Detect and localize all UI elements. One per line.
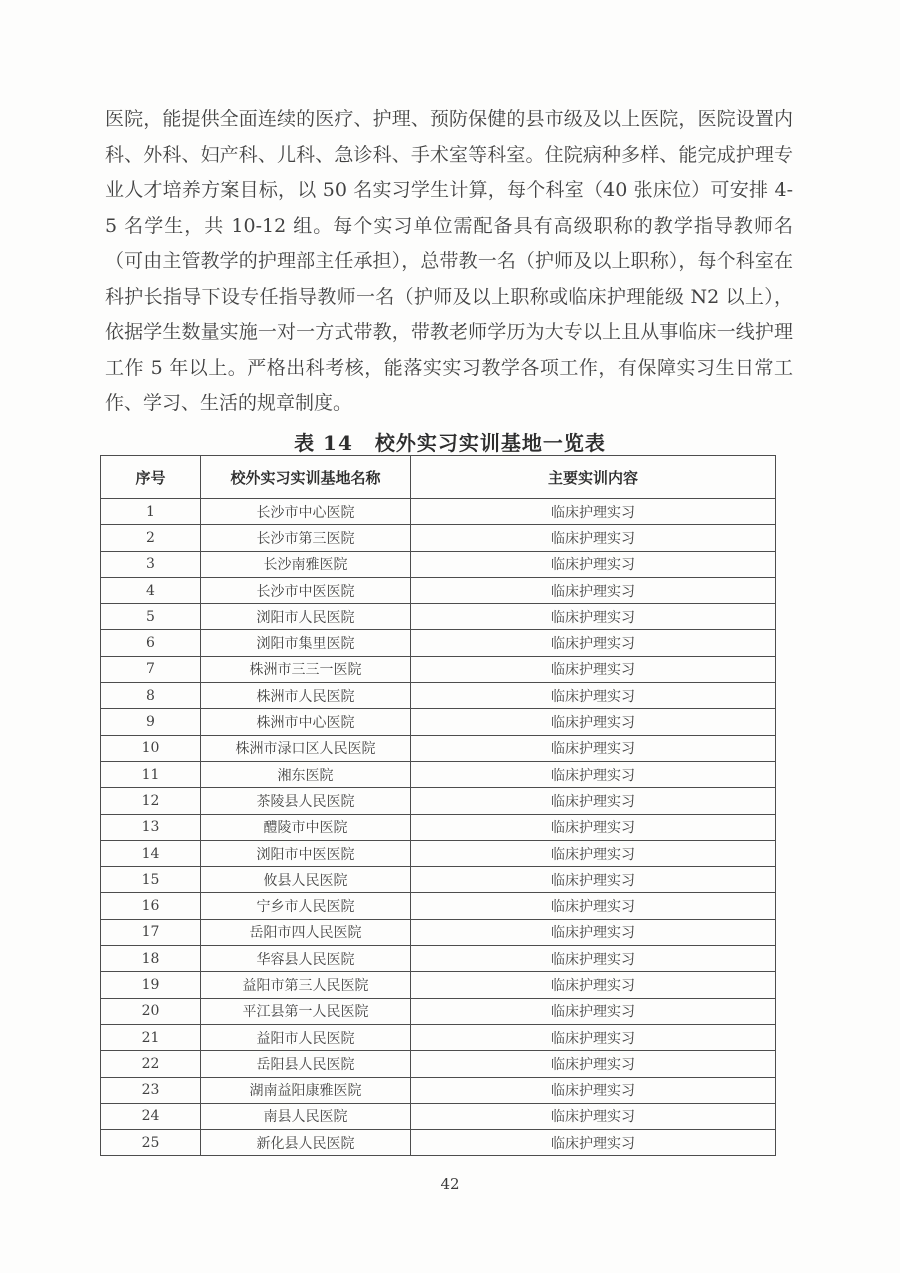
cell-base-name: 长沙南雅医院 <box>201 551 411 577</box>
table-row: 22岳阳县人民医院临床护理实习 <box>101 1051 776 1077</box>
table-row: 18华容县人民医院临床护理实习 <box>101 946 776 972</box>
cell-training-content: 临床护理实习 <box>411 499 776 525</box>
cell-training-content: 临床护理实习 <box>411 1103 776 1129</box>
table-row: 8株洲市人民医院临床护理实习 <box>101 683 776 709</box>
cell-row-number: 4 <box>101 577 201 603</box>
cell-training-content: 临床护理实习 <box>411 972 776 998</box>
cell-training-content: 临床护理实习 <box>411 919 776 945</box>
cell-training-content: 临床护理实习 <box>411 577 776 603</box>
table-row: 2长沙市第三医院临床护理实习 <box>101 525 776 551</box>
cell-row-number: 17 <box>101 919 201 945</box>
cell-base-name: 湖南益阳康雅医院 <box>201 1077 411 1103</box>
cell-training-content: 临床护理实习 <box>411 1051 776 1077</box>
cell-base-name: 长沙市中医医院 <box>201 577 411 603</box>
table-row: 13醴陵市中医院临床护理实习 <box>101 814 776 840</box>
cell-row-number: 13 <box>101 814 201 840</box>
cell-training-content: 临床护理实习 <box>411 814 776 840</box>
table-header-row: 序号 校外实习实训基地名称 主要实训内容 <box>101 456 776 499</box>
cell-row-number: 25 <box>101 1130 201 1156</box>
cell-row-number: 16 <box>101 893 201 919</box>
table-row: 9株洲市中心医院临床护理实习 <box>101 709 776 735</box>
table-row: 15攸县人民医院临床护理实习 <box>101 867 776 893</box>
cell-training-content: 临床护理实习 <box>411 761 776 787</box>
table-row: 4长沙市中医医院临床护理实习 <box>101 577 776 603</box>
cell-row-number: 23 <box>101 1077 201 1103</box>
cell-training-content: 临床护理实习 <box>411 946 776 972</box>
cell-base-name: 益阳市人民医院 <box>201 1024 411 1050</box>
cell-training-content: 临床护理实习 <box>411 551 776 577</box>
cell-training-content: 临床护理实习 <box>411 1024 776 1050</box>
cell-training-content: 临床护理实习 <box>411 709 776 735</box>
cell-row-number: 24 <box>101 1103 201 1129</box>
header-base-name: 校外实习实训基地名称 <box>201 456 411 499</box>
cell-base-name: 平江县第一人民医院 <box>201 998 411 1024</box>
cell-base-name: 岳阳市四人民医院 <box>201 919 411 945</box>
cell-row-number: 19 <box>101 972 201 998</box>
table-row: 6浏阳市集里医院临床护理实习 <box>101 630 776 656</box>
table-row: 25新化县人民医院临床护理实习 <box>101 1130 776 1156</box>
cell-training-content: 临床护理实习 <box>411 735 776 761</box>
table-caption-number: 表 14 <box>294 431 353 455</box>
table-row: 20平江县第一人民医院临床护理实习 <box>101 998 776 1024</box>
cell-row-number: 2 <box>101 525 201 551</box>
cell-row-number: 3 <box>101 551 201 577</box>
table-row: 5浏阳市人民医院临床护理实习 <box>101 604 776 630</box>
cell-base-name: 株洲市渌口区人民医院 <box>201 735 411 761</box>
cell-training-content: 临床护理实习 <box>411 867 776 893</box>
cell-base-name: 华容县人民医院 <box>201 946 411 972</box>
training-bases-table: 序号 校外实习实训基地名称 主要实训内容 1长沙市中心医院临床护理实习2长沙市第… <box>100 455 776 1156</box>
cell-base-name: 株洲市三三一医院 <box>201 656 411 682</box>
cell-training-content: 临床护理实习 <box>411 630 776 656</box>
cell-training-content: 临床护理实习 <box>411 788 776 814</box>
cell-base-name: 株洲市人民医院 <box>201 683 411 709</box>
cell-row-number: 10 <box>101 735 201 761</box>
table-caption: 表 14校外实习实训基地一览表 <box>0 427 900 456</box>
table-row: 17岳阳市四人民医院临床护理实习 <box>101 919 776 945</box>
cell-training-content: 临床护理实习 <box>411 604 776 630</box>
cell-training-content: 临床护理实习 <box>411 683 776 709</box>
cell-training-content: 临床护理实习 <box>411 840 776 866</box>
cell-row-number: 11 <box>101 761 201 787</box>
cell-base-name: 湘东医院 <box>201 761 411 787</box>
cell-training-content: 临床护理实习 <box>411 1130 776 1156</box>
cell-training-content: 临床护理实习 <box>411 525 776 551</box>
cell-base-name: 株洲市中心医院 <box>201 709 411 735</box>
cell-training-content: 临床护理实习 <box>411 893 776 919</box>
cell-base-name: 南县人民医院 <box>201 1103 411 1129</box>
cell-base-name: 长沙市中心医院 <box>201 499 411 525</box>
cell-base-name: 岳阳县人民医院 <box>201 1051 411 1077</box>
cell-row-number: 15 <box>101 867 201 893</box>
cell-base-name: 新化县人民医院 <box>201 1130 411 1156</box>
document-page: 医院，能提供全面连续的医疗、护理、预防保健的县市级及以上医院，医院设置内科、外科… <box>0 0 900 1273</box>
cell-row-number: 1 <box>101 499 201 525</box>
cell-base-name: 益阳市第三人民医院 <box>201 972 411 998</box>
table-row: 21益阳市人民医院临床护理实习 <box>101 1024 776 1050</box>
table-row: 1长沙市中心医院临床护理实习 <box>101 499 776 525</box>
cell-base-name: 浏阳市人民医院 <box>201 604 411 630</box>
cell-row-number: 8 <box>101 683 201 709</box>
table-row: 14浏阳市中医医院临床护理实习 <box>101 840 776 866</box>
cell-base-name: 浏阳市集里医院 <box>201 630 411 656</box>
table-body: 1长沙市中心医院临床护理实习2长沙市第三医院临床护理实习3长沙南雅医院临床护理实… <box>101 499 776 1156</box>
table-caption-text: 校外实习实训基地一览表 <box>375 431 606 455</box>
cell-row-number: 7 <box>101 656 201 682</box>
cell-row-number: 20 <box>101 998 201 1024</box>
body-paragraph: 医院，能提供全面连续的医疗、护理、预防保健的县市级及以上医院，医院设置内科、外科… <box>105 102 793 422</box>
cell-row-number: 6 <box>101 630 201 656</box>
table-row: 10株洲市渌口区人民医院临床护理实习 <box>101 735 776 761</box>
cell-base-name: 长沙市第三医院 <box>201 525 411 551</box>
header-training-content: 主要实训内容 <box>411 456 776 499</box>
cell-row-number: 5 <box>101 604 201 630</box>
cell-base-name: 宁乡市人民医院 <box>201 893 411 919</box>
cell-row-number: 22 <box>101 1051 201 1077</box>
table-row: 7株洲市三三一医院临床护理实习 <box>101 656 776 682</box>
table-row: 12茶陵县人民医院临床护理实习 <box>101 788 776 814</box>
cell-base-name: 茶陵县人民医院 <box>201 788 411 814</box>
table-row: 3长沙南雅医院临床护理实习 <box>101 551 776 577</box>
cell-row-number: 9 <box>101 709 201 735</box>
table-row: 24南县人民医院临床护理实习 <box>101 1103 776 1129</box>
cell-row-number: 18 <box>101 946 201 972</box>
table-row: 19益阳市第三人民医院临床护理实习 <box>101 972 776 998</box>
cell-row-number: 12 <box>101 788 201 814</box>
cell-training-content: 临床护理实习 <box>411 998 776 1024</box>
page-number: 42 <box>0 1175 900 1193</box>
table-row: 16宁乡市人民医院临床护理实习 <box>101 893 776 919</box>
table-row: 11湘东医院临床护理实习 <box>101 761 776 787</box>
cell-training-content: 临床护理实习 <box>411 1077 776 1103</box>
cell-base-name: 攸县人民医院 <box>201 867 411 893</box>
header-row-number: 序号 <box>101 456 201 499</box>
cell-base-name: 浏阳市中医医院 <box>201 840 411 866</box>
cell-row-number: 21 <box>101 1024 201 1050</box>
table-row: 23湖南益阳康雅医院临床护理实习 <box>101 1077 776 1103</box>
cell-base-name: 醴陵市中医院 <box>201 814 411 840</box>
cell-row-number: 14 <box>101 840 201 866</box>
cell-training-content: 临床护理实习 <box>411 656 776 682</box>
